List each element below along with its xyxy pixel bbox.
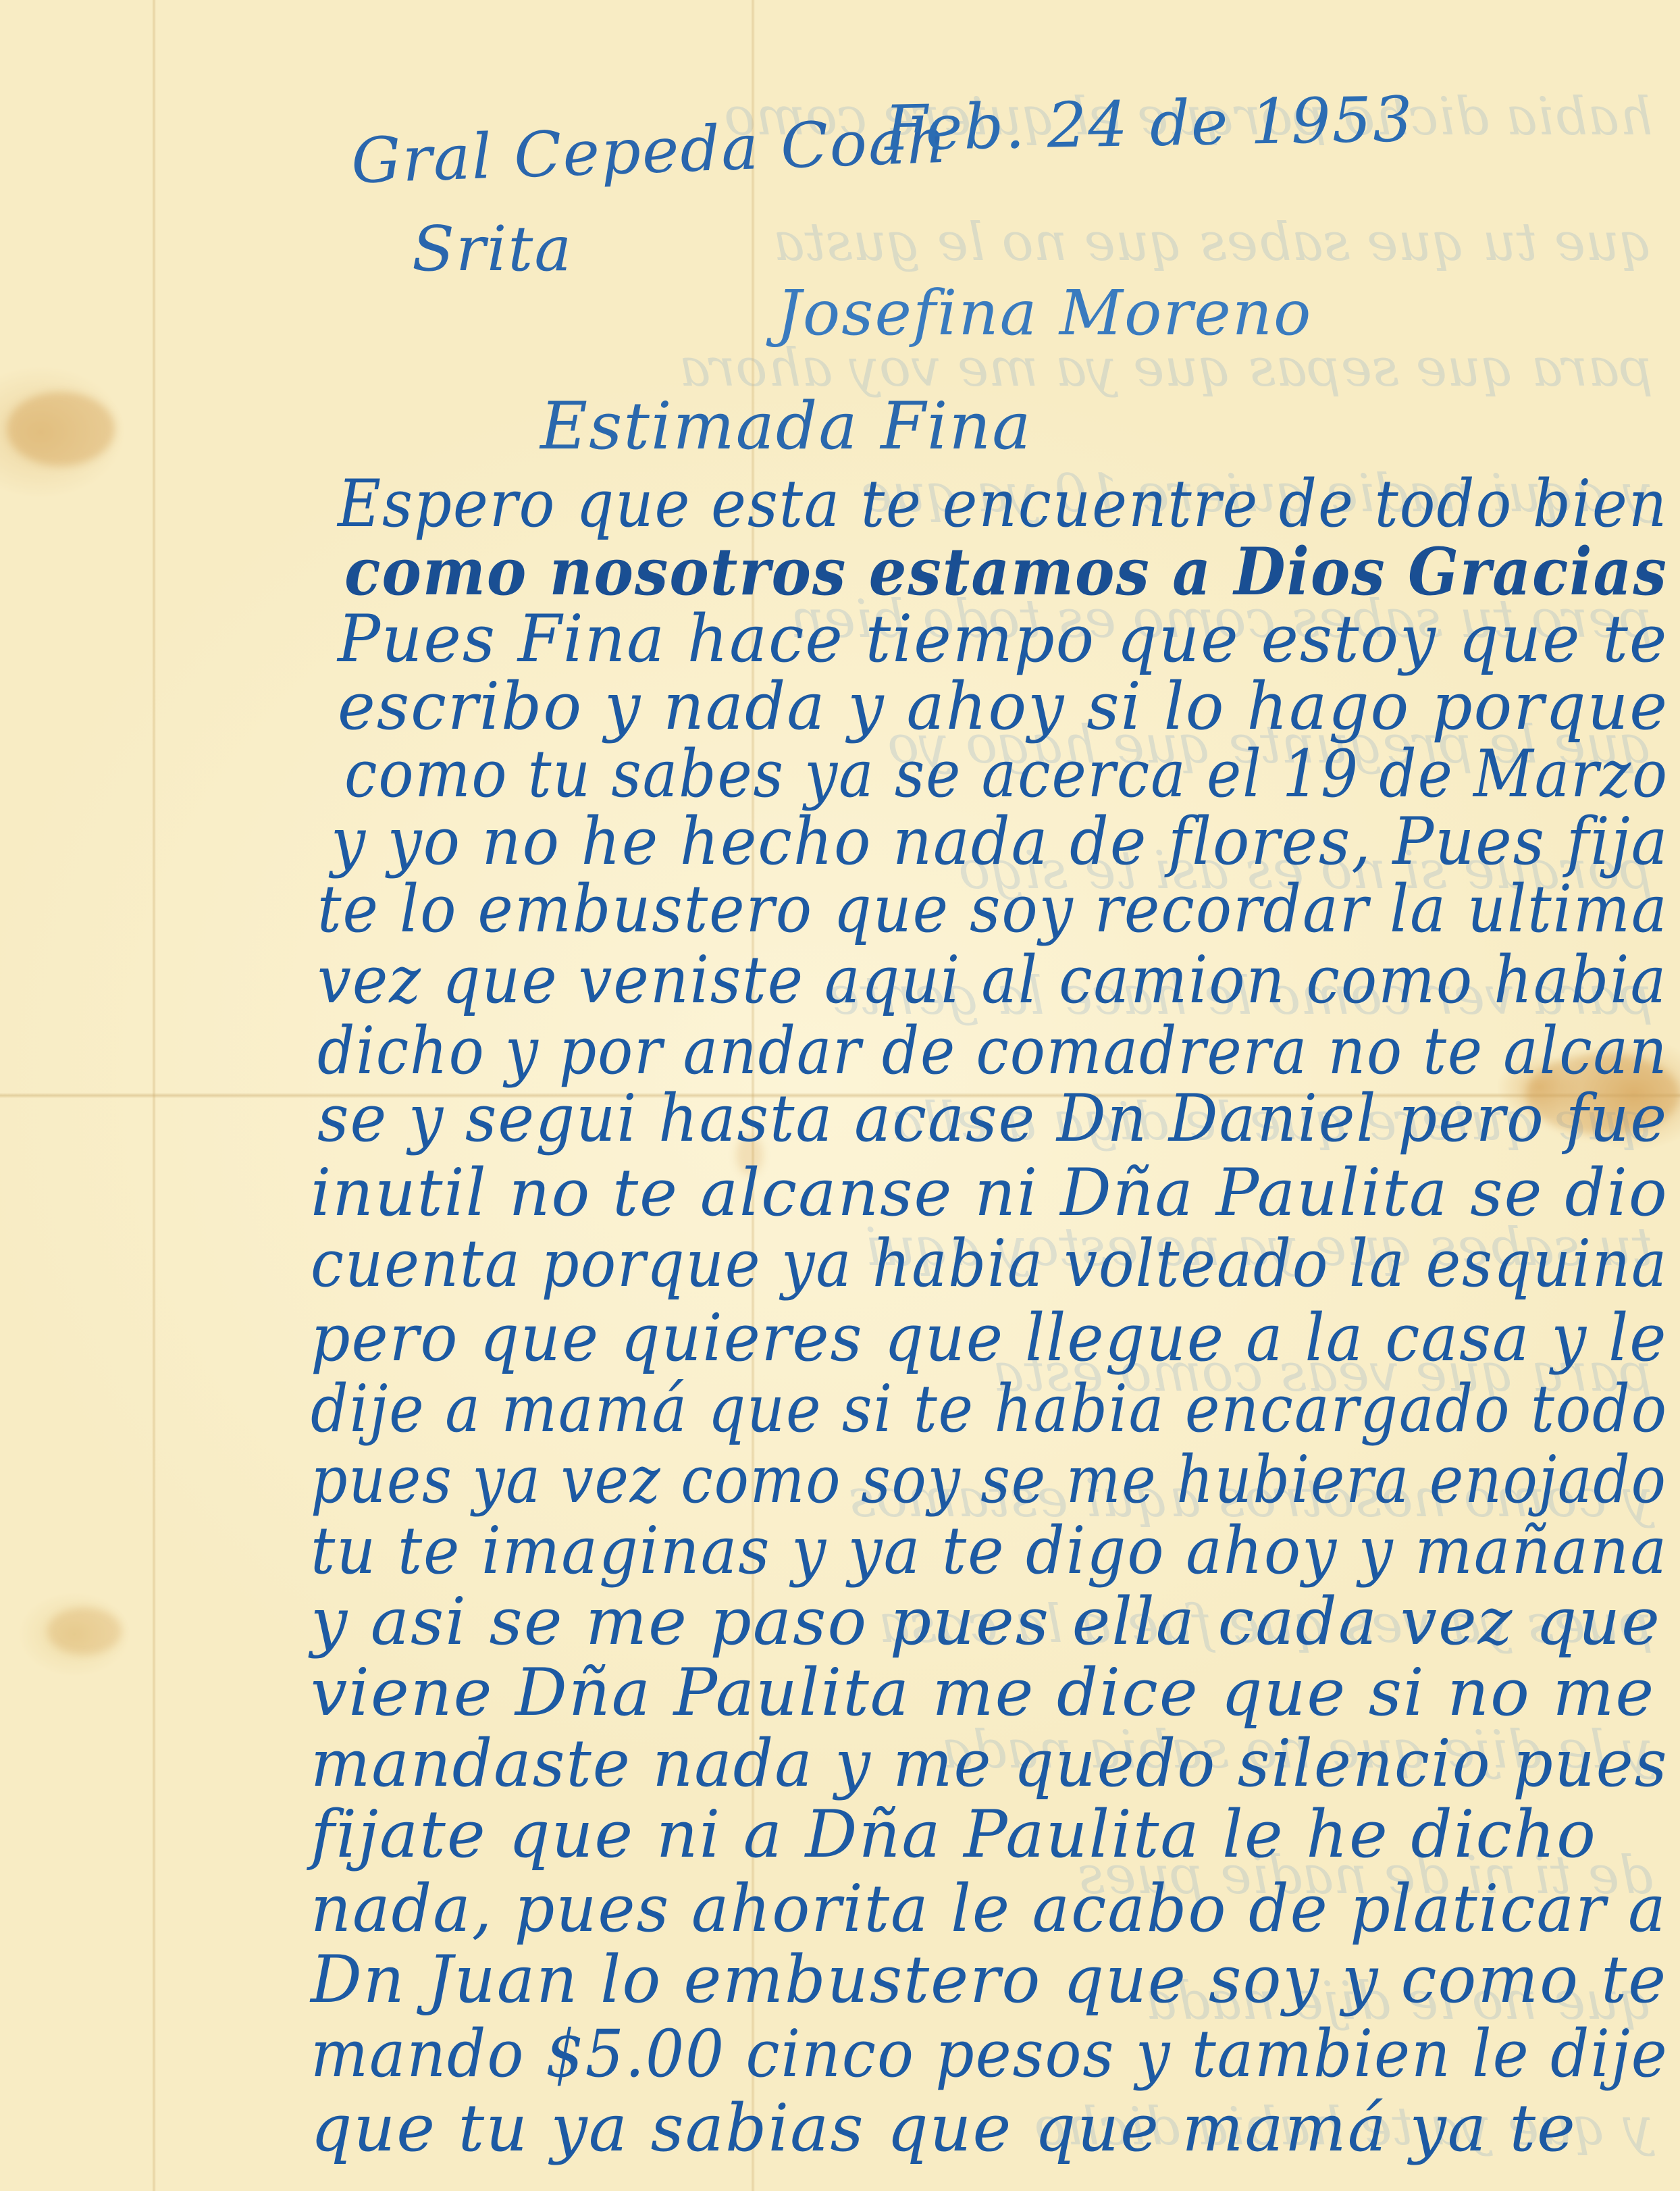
letter-line: escribo y nada y ahoy si lo hago porque [338, 669, 1669, 744]
stain-top-left [7, 392, 115, 466]
letter-page: habia dicho porque el quiere como que tu… [0, 0, 1680, 2191]
letter-line: y yo no he hecho nada de flores, Pues fi… [331, 804, 1669, 879]
letter-line: como tu sabes ya se acerca el 19 de Marz… [344, 736, 1669, 812]
letter-line: Pues Fina hace tiempo que estoy que te [338, 601, 1668, 677]
letter-line: pero que quieres que llegue a la casa y … [311, 1300, 1667, 1376]
letter-line: cuenta porque ya habia volteado la esqui… [311, 1226, 1668, 1301]
letter-line: Espero que esta te encuentre de todo bie… [338, 466, 1668, 542]
letter-line: mandaste nada y me quedo silencio pues [311, 1726, 1668, 1801]
stain-bottom-left [47, 1607, 122, 1655]
letter-line: pues ya vez como soy se me hubiera enoja… [311, 1442, 1667, 1518]
letter-line: se y segui hasta acase Dn Daniel pero fu… [317, 1081, 1668, 1156]
letter-place: Gral Cepeda Coah [350, 105, 949, 198]
letter-line: te lo embustero que soy recordar la ulti… [317, 871, 1669, 947]
letter-line: nada, pues ahorita le acabo de platicar … [311, 1871, 1667, 1947]
letter-line: fijate que ni a Dña Paulita le he dicho [311, 1797, 1597, 1872]
salutation: Estimada Fina [540, 388, 1032, 464]
letter-line: mando $5.00 cinco pesos y tambien le dij… [311, 2016, 1669, 2092]
recipient-title: Srita [412, 213, 573, 285]
recipient-name: Josefina Moreno [777, 277, 1312, 349]
letter-line: dicho y por andar de comadrera no te alc… [317, 1013, 1668, 1089]
letter-line: vez que veniste aqui al camion como habi… [317, 942, 1667, 1018]
letter-line: inutil no te alcanse ni Dña Paulita se d… [311, 1155, 1669, 1231]
letter-line: como nosotros estamos a Dios Gracias [344, 534, 1668, 610]
letter-line: Dn Juan lo embustero que soy y como te [311, 1942, 1667, 2017]
letter-line: que tu ya sabias que que mamá ya te [311, 2090, 1577, 2166]
letter-date: Feb. 24 de 1953 [884, 83, 1414, 165]
letter-line: dije a mamá que si te habia encargado to… [311, 1371, 1668, 1447]
letter-line: tu te imaginas y ya te digo ahoy y mañan… [311, 1513, 1668, 1589]
letter-line: viene Dña Paulita me dice que si no me [311, 1655, 1655, 1730]
letter-line: y asi se me paso pues ella cada vez que [311, 1584, 1661, 1659]
